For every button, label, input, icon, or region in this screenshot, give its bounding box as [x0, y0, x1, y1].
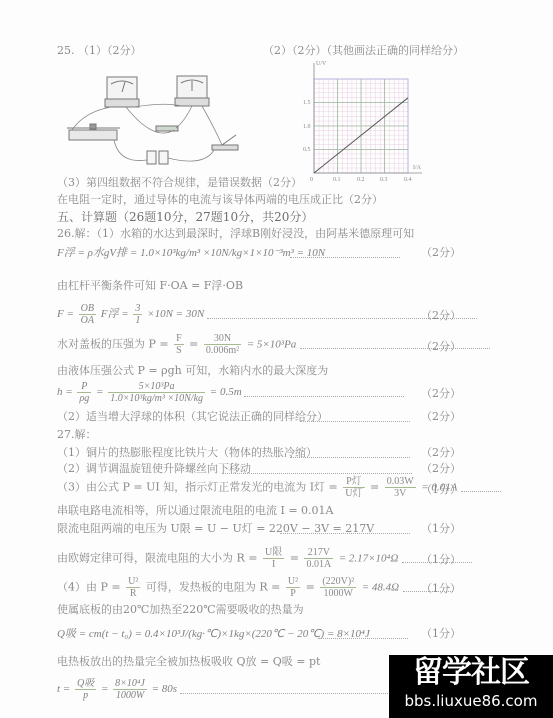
q26-depth-text: 由液体压强公式 P = ρgh 可知，水箱内水的最大深度为	[57, 364, 328, 378]
q27-score-heat: （1分）	[421, 627, 461, 641]
svg-text:0.5: 0.5	[303, 147, 311, 153]
resistor-icon	[156, 126, 178, 131]
q25-conclusion: 在电阻一定时，通过导体的电流与该导体两端的电压成正比（2分）	[57, 193, 383, 207]
q26-depth-eq: h = Pρg = 5×10³Pa1.0×10³kg/m³ ×10N/kg = …	[57, 381, 404, 404]
switch-icon	[212, 135, 238, 150]
q26-intro: 26.解：（1）水箱的水达到最深时，浮球B刚好浸没，由阿基米德原理可知	[57, 227, 414, 241]
q26-score-buoyancy: （2分）	[421, 246, 461, 260]
q27-score-ohm: （1分）	[421, 553, 461, 567]
q26-part2: （2）适当增大浮球的体积（其它说法正确的同样给分）	[57, 410, 328, 424]
q27-part1: （1）铜片的热膨胀程度比铁片大（物体的热胀冷缩）	[57, 446, 317, 460]
u-i-chart: U/V I/A 0 0.1 0.2 0.3 0.4 0.5 1.0 1.5	[300, 55, 425, 185]
q27-ohm: 由欧姆定律可得，限流电阻的大小为 R = U限I = 217V0.01A = 2…	[57, 547, 472, 570]
q26-lever-text: 由杠杆平衡条件可知 F·OA = F浮·OB	[57, 279, 243, 293]
svg-text:0.3: 0.3	[380, 177, 388, 183]
section5-title: 五、计算题（26题10分，27题10分，共20分）	[57, 210, 313, 224]
q27-time-eq: t = Q吸p = 8×10⁴J1000W = 80s	[57, 678, 420, 701]
q27-score-part2: （2分）	[421, 462, 461, 476]
svg-text:0: 0	[310, 177, 313, 183]
q27-series-text: 串联电路电流相等，所以通过限流电阻的电流 I = 0.01A	[57, 504, 334, 518]
svg-text:0.2: 0.2	[357, 177, 365, 183]
svg-text:1.5: 1.5	[303, 100, 311, 106]
q27-score-part1: （2分）	[421, 446, 461, 460]
battery-icon	[147, 151, 168, 164]
x-axis-label: I/A	[413, 165, 422, 171]
voltmeter-icon	[105, 77, 139, 107]
q25-part3-text: （3）第四组数据不符合规律，是错误数据（2分）	[57, 176, 302, 190]
svg-text:1.0: 1.0	[303, 124, 311, 130]
ammeter-icon	[175, 76, 209, 106]
q27-part4: （4）由 P = U²R 可得，发热板的电阻为 R = U²P = (220V)…	[57, 576, 453, 599]
q27-heat-text: 使属底板的由20℃加热至220℃需要吸收的热量为	[57, 603, 304, 617]
svg-text:0.1: 0.1	[333, 177, 341, 183]
y-axis-label: U/V	[316, 61, 327, 67]
q27-score-part3: （1分）	[421, 483, 461, 497]
watermark-logo: 留学社区 bbs.liuxue86.com	[389, 655, 553, 718]
watermark-url: bbs.liuxue86.com	[389, 691, 553, 711]
q26-score-part2: （2分）	[421, 410, 461, 424]
q26-score-pressure: （2分）	[421, 340, 461, 354]
q26-score-depth: （2分）	[421, 387, 461, 401]
watermark-title: 留学社区	[389, 655, 553, 691]
q26-eq-buoyancy: F浮 = ρ水gV排 = 1.0×10³kg/m³ ×10N/kg×1×10⁻³…	[57, 246, 325, 260]
svg-text:0.4: 0.4	[404, 177, 412, 183]
q27-intro: 27.解：	[57, 428, 97, 442]
q27-absorb-text: 电热板放出的热量完全被加热板吸收 Q放 = Q吸 = pt	[57, 655, 320, 669]
q26-score-force: （2分）	[421, 309, 461, 323]
q25-part1-label: 25. （1）（2分）	[57, 44, 142, 58]
q27-score-part4: （1分）	[421, 582, 461, 596]
q27-score-voltage: （1分）	[421, 522, 461, 536]
circuit-diagram	[64, 72, 249, 167]
q26-eq-force: F = OBOA F浮 = 31 ×10N = 30N	[57, 303, 477, 326]
